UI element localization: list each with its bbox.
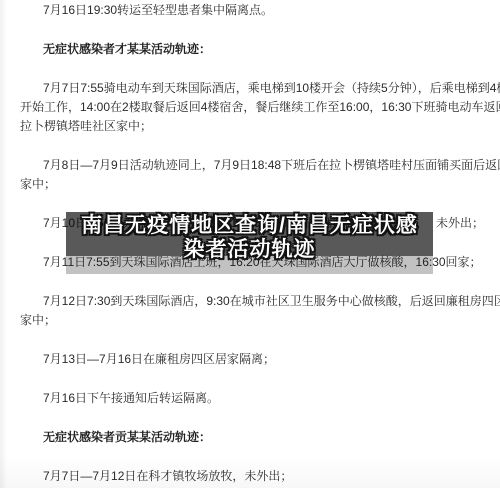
obscured-line-right-fragment: 未外出； — [436, 214, 484, 233]
paragraph-july12-track: 7月12日7:30到天珠国际酒店，9:30在城市社区卫生服务中心做核酸，后返回廉… — [20, 292, 496, 330]
overlay-title: 南昌无疫情地区查询/南昌无症状感 染者活动轨迹 — [66, 214, 433, 262]
paragraph-july16-transfer: 7月16日下午接通知后转运隔离。 — [20, 389, 496, 408]
paragraph-july7-12-herding: 7月7日—7月12日在科才镇牧场放牧，未外出； — [20, 467, 496, 486]
article-page: { "colors": { "background": "#ffffff", "… — [0, 0, 500, 488]
section-header-case-gong: 无症状感染者贡某某活动轨迹： — [20, 428, 496, 447]
paragraph-july13-16-quarantine: 7月13日—7月16日在廉租房四区居家隔离； — [20, 350, 496, 369]
title-overlay-card: 南昌无疫情地区查询/南昌无症状感 染者活动轨迹 — [66, 212, 433, 274]
paragraph-july7-track: 7月7日7:55骑电动车到天珠国际酒店，乘电梯到10楼开会（持续5分钟），后乘电… — [20, 79, 496, 136]
paragraph-transfer-isolation: 7月16日19:30转运至轻型患者集中隔离点。 — [20, 1, 496, 20]
section-header-case-cai: 无症状感染者才某某活动轨迹： — [20, 40, 496, 59]
paragraph-july8-9-track: 7月8日—7月9日活动轨迹同上，7月9日18:48下班后在拉卜楞镇塔哇村压面铺买… — [20, 156, 496, 194]
